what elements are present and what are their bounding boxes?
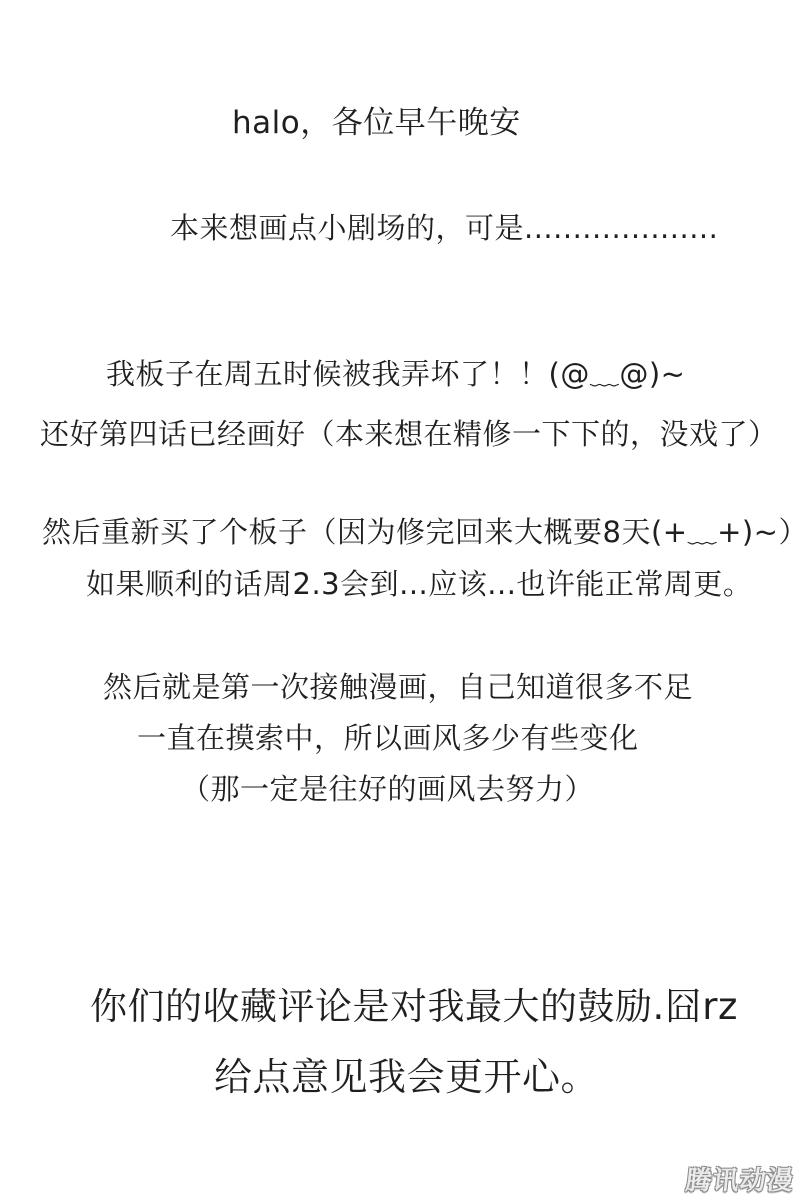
note-style-aspiration: （那一定是往好的画风去努力） (181, 773, 594, 806)
note-thanks-encouragement: 你们的收藏评论是对我最大的鼓励.囧rz (90, 986, 738, 1029)
note-greeting: halo，各位早午晚安 (232, 106, 521, 142)
note-delivery-estimate: 如果顺利的话周2.3会到...应该...也许能正常周更。 (86, 568, 752, 601)
comic-author-note-page: halo，各位早午晚安 本来想画点小剧场的，可是................… (0, 0, 800, 1200)
note-feedback-request: 给点意见我会更开心。 (214, 1056, 599, 1100)
note-opening: 本来想画点小剧场的，可是.................... (170, 212, 718, 245)
tencent-comics-watermark-logo: 腾讯动漫 (684, 1160, 796, 1197)
note-first-manga: 然后就是第一次接触漫画，自己知道很多不足 (103, 671, 693, 704)
note-chapter-saved: 还好第四话已经画好（本来想在精修一下下的，没戏了） (40, 418, 778, 451)
note-new-tablet: 然后重新买了个板子（因为修完回来大概要8天(+﹏+)~） (42, 516, 800, 549)
note-tablet-broken: 我板子在周五时候被我弄坏了！！(@﹏@)~ (106, 358, 685, 391)
note-style-exploring: 一直在摸索中，所以画风多少有些变化 (137, 722, 639, 755)
